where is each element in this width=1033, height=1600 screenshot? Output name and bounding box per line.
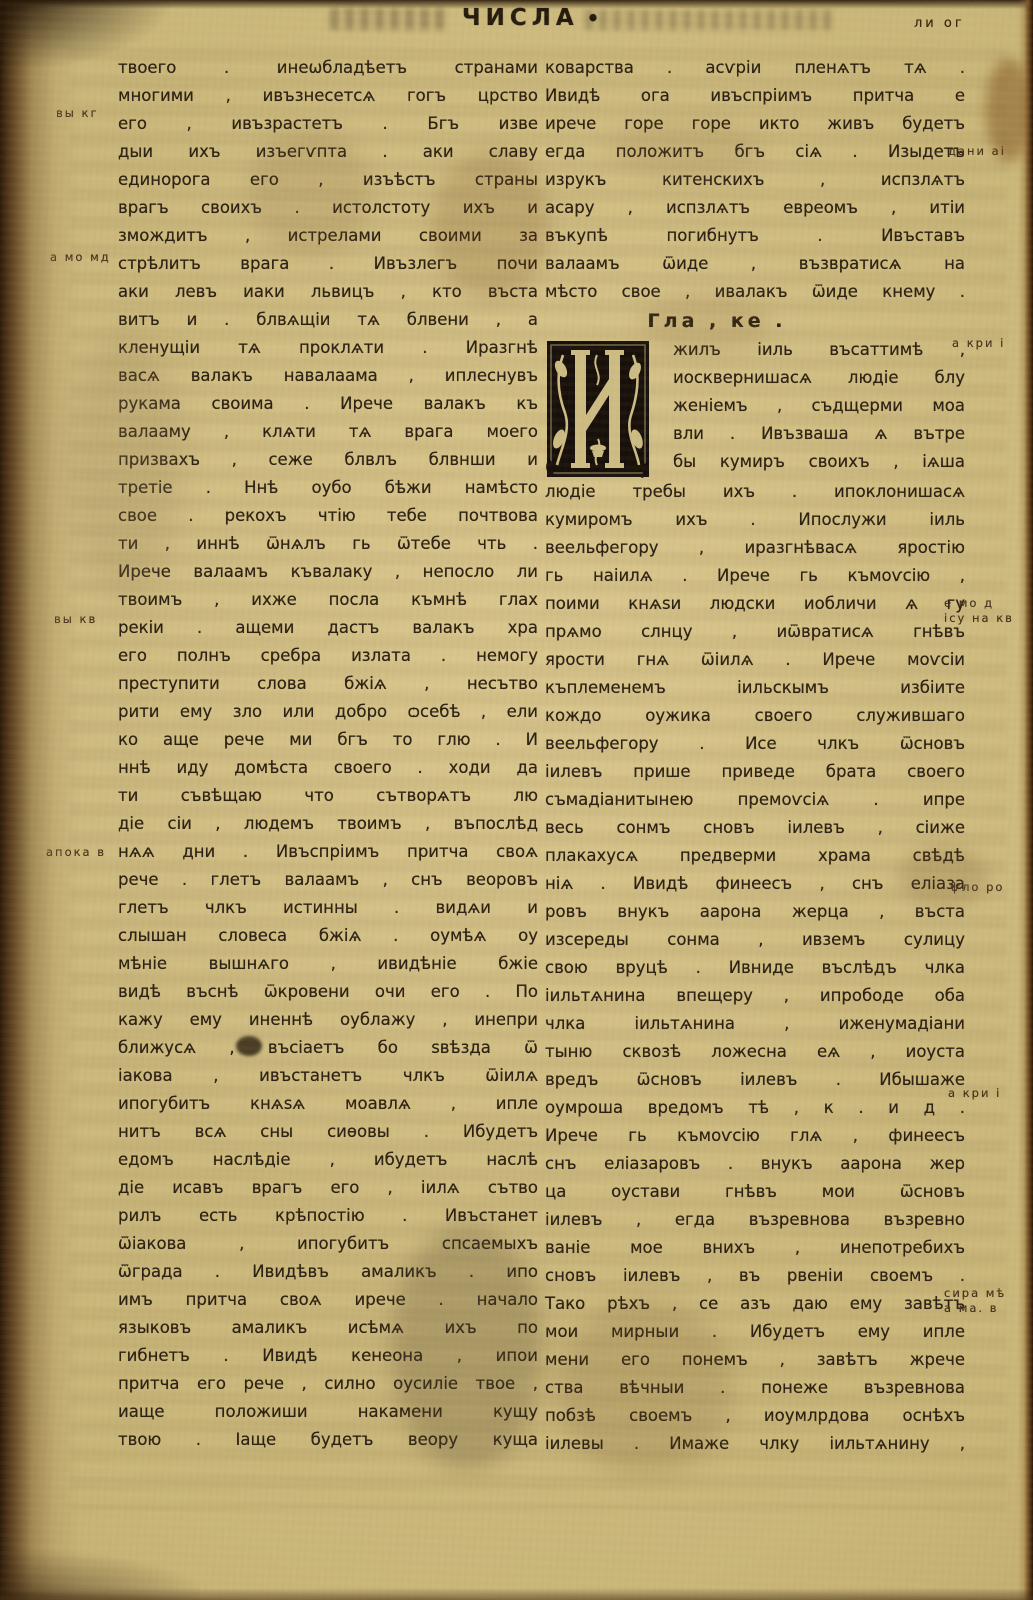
- text-line: ваніе мое внихъ , инепотребихъ: [545, 1234, 965, 1262]
- text-line: имъ притча своѧ ирече . начало: [118, 1286, 538, 1314]
- text-line: ца оустави гнѣвъ мои ѿсновъ: [545, 1178, 965, 1206]
- text-line: іакова , ивъстанетъ члкъ ѿіилѧ: [118, 1062, 538, 1090]
- text-line: весь сонмъ сновъ іилевъ , сіиже: [545, 814, 965, 842]
- text-line: іилевъ , егда възревнова възревно: [545, 1206, 965, 1234]
- margin-note-line: а ма. в: [944, 1301, 1006, 1316]
- text-line: твоего . инеѡбладѣетъ странами: [118, 54, 538, 82]
- margin-note-ref: дани аі: [948, 144, 1006, 159]
- text-line: въкупѣ погибнутъ . Ивъставъ: [545, 222, 965, 250]
- ink-offset-ghost: [330, 8, 450, 30]
- text-line: васѧ валакъ навалаама , иплеснувъ: [118, 362, 538, 390]
- text-line: діе сіи , людемъ твоимъ , въпослѣд: [118, 810, 538, 838]
- margin-note-line: дани аі: [948, 144, 1006, 159]
- text-line: съмадіанитынею премоѵсіѧ . ипре: [545, 786, 965, 814]
- text-line: сновъ іилевъ , въ рвеніи своемъ .: [545, 1262, 965, 1290]
- page-corner-shadow: [0, 1550, 200, 1600]
- text-line: вредъ ѿсновъ іилевъ . Ибышаже: [545, 1066, 965, 1094]
- margin-note-ref: а кри і: [948, 1086, 1001, 1101]
- text-line: кажу ему иненнѣ оублажу , инепри: [118, 1006, 538, 1034]
- text-line: ближусѧ , въсіаетъ бо ѕвѣзда ѿ: [118, 1034, 538, 1062]
- margin-note-line: сира мѣ: [944, 1286, 1006, 1301]
- text-line: притча его рече , силно оусиліе твое ,: [118, 1370, 538, 1398]
- text-line: мѣніе вышнѧго , ивидѣніе бжіе: [118, 950, 538, 978]
- text-line: иаще положиши накамени кущу: [118, 1398, 538, 1426]
- text-line: веельфегору , иразгнѣвасѧ яростію: [545, 534, 965, 562]
- text-line: твоимъ , ихже посла къмнѣ глах: [118, 586, 538, 614]
- text-line: многими , ивъзнесетсѧ гогъ црство: [118, 82, 538, 110]
- text-line: изсереды сонма , ивземъ сулицу: [545, 926, 965, 954]
- text-line: поими кнѧѕи людски иобличи ѧ гу: [545, 590, 965, 618]
- text-line: рече . глетъ валаамъ , снъ веоровъ: [118, 866, 538, 894]
- text-line: іилевъ прише приведе брата своего: [545, 758, 965, 786]
- text-line: снъ еліазаровъ . внукъ аарона жер: [545, 1150, 965, 1178]
- text-line: единорога его , изъѣстъ страны: [118, 166, 538, 194]
- text-line: плакахусѧ предверми храма свѣдѣ: [545, 842, 965, 870]
- text-line: ко аще рече ми бгъ то глю . И: [118, 726, 538, 754]
- text-line: ти съвѣщаю что сътворѧтъ лю: [118, 782, 538, 810]
- text-line: рекіи . ащеми дастъ валакъ хра: [118, 614, 538, 642]
- text-line: мени его понемъ , завѣтъ жрече: [545, 1346, 965, 1374]
- text-line: асару , испзлѧтъ евреомъ , итіи: [545, 194, 965, 222]
- text-line: вли . Ивъзваша ѧ вътре: [673, 420, 965, 448]
- text-line: ства вѣчныи . понеже възревнова: [545, 1374, 965, 1402]
- text-line: змождитъ , истрелами своими за: [118, 222, 538, 250]
- text-line: преступити слова бжіѧ , несътво: [118, 670, 538, 698]
- margin-note-line: е мо д: [944, 596, 1014, 611]
- text-line: рити ему зло или добро ѻсебѣ , ели: [118, 698, 538, 726]
- ink-offset-ghost: [585, 10, 835, 30]
- chapter-opening: жилъ іиль въсаттимѣ ,иосквернишасѧ людіе…: [545, 336, 965, 478]
- text-line: женіемъ , съдщерми моа: [673, 392, 965, 420]
- folio-number: ли ог: [914, 16, 965, 31]
- text-line: ніѧ . Ивидѣ финеесъ , снъ еліаза: [545, 870, 965, 898]
- text-line: гибнетъ . Ивидѣ кенеона , ипои: [118, 1342, 538, 1370]
- title-dot: •: [587, 6, 605, 30]
- margin-note-ref: е мо дісу на кв: [944, 596, 1014, 626]
- text-line: его полнъ сребра излата . немогу: [118, 642, 538, 670]
- text-line: кождо оужика своего служившаго: [545, 702, 965, 730]
- text-line: твою . Іаще будетъ веору куща: [118, 1426, 538, 1454]
- text-line: витъ и . блвѧщіи тѧ блвени , а: [118, 306, 538, 334]
- text-line: Ирече гь къмоѵсію глѧ , финеесъ: [545, 1122, 965, 1150]
- binding-gutter: [0, 0, 80, 1600]
- text-line: свою вруцѣ . Ивниде въслѣдъ члка: [545, 954, 965, 982]
- text-line: слышан словеса бжіѧ . оумѣѧ оу: [118, 922, 538, 950]
- text-line: свое . рекохъ чтію тебе почтвова: [118, 502, 538, 530]
- text-line: побзѣ своемъ , иоумлрдова оснѣхъ: [545, 1402, 965, 1430]
- text-line: иосквернишасѧ людіе блу: [673, 364, 965, 392]
- text-line: третіе . Ннѣ оубо бѣжи намѣсто: [118, 474, 538, 502]
- text-line: члка іильтѧнина , иженумадіани: [545, 1010, 965, 1038]
- text-line: ровъ внукъ аарона жерца , въста: [545, 898, 965, 926]
- paragraph-phinehas: людіе требы ихъ . ипоклонишасѧкумиромъ и…: [545, 478, 965, 1458]
- text-line: рукама своима . Ирече валакъ къ: [118, 390, 538, 418]
- text-line: тыню сквозѣ ложесна еѧ , иоуста: [545, 1038, 965, 1066]
- text-line: кленущіи тѧ проклѧти . Иразгнѣ: [118, 334, 538, 362]
- text-line: мѣсто свое , ивалакъ ѿиде кнему .: [545, 278, 965, 306]
- text-line: стрѣлитъ врага . Ивъзлегъ почи: [118, 250, 538, 278]
- text-line: валаамъ ѿиде , възвратисѧ на: [545, 250, 965, 278]
- text-line: ѿіакова , ипогубитъ спсаемыхъ: [118, 1230, 538, 1258]
- left-text-column: твоего . инеѡбладѣетъ странамимногими , …: [118, 54, 538, 1454]
- text-line: ннѣ иду домѣста своего . ходи да: [118, 754, 538, 782]
- text-line: жилъ іиль въсаттимѣ ,: [673, 336, 965, 364]
- right-text-column: коварства . асѵріи пленѧтъ тѧ .Ивидѣ ога…: [545, 54, 965, 1458]
- margin-note-ref: ѱло ро: [950, 880, 1004, 895]
- page-edge-right: [1018, 0, 1033, 1600]
- paragraph-balaam-end: коварства . асѵріи пленѧтъ тѧ .Ивидѣ ога…: [545, 54, 965, 306]
- text-line: діе исавъ врагъ его , іилѧ сътво: [118, 1174, 538, 1202]
- text-line: іилевы . Имаже члку іильтѧнину ,: [545, 1430, 965, 1458]
- text-line: веельфегору . Исе члкъ ѿсновъ: [545, 730, 965, 758]
- text-line: его , ивъзрастетъ . Бгъ изве: [118, 110, 538, 138]
- text-line: ѿграда . Ивидѣвъ амаликъ . ипо: [118, 1258, 538, 1286]
- text-line: людіе требы ихъ . ипоклонишасѧ: [545, 478, 965, 506]
- text-line: мои мирныи . Ибудетъ ему ипле: [545, 1318, 965, 1346]
- text-line: Ивидѣ ога ивъспріимъ притча е: [545, 82, 965, 110]
- text-line: ипогубитъ кнѧѕѧ моавлѧ , ипле: [118, 1090, 538, 1118]
- text-line: видѣ въснѣ ѿкровени очи его . По: [118, 978, 538, 1006]
- margin-note-line: а кри і: [948, 1086, 1001, 1101]
- text-line: языковъ амаликъ исѣмѧ ихъ по: [118, 1314, 538, 1342]
- margin-note-ref: а кри і: [952, 336, 1005, 351]
- text-line: гь наіилѧ . Ирече гь къмоѵсію ,: [545, 562, 965, 590]
- text-line: изрукъ китенскихъ , испзлѧтъ: [545, 166, 965, 194]
- text-line: егда положитъ бгъ сіѧ . Изыдетъ: [545, 138, 965, 166]
- text-line: Ирече валаамъ къвалаку , непосло ли: [118, 558, 538, 586]
- text-line: валааму , клѧти тѧ врага моего: [118, 418, 538, 446]
- text-line: ярости гнѧ ѿіилѧ . Ирече моѵсіи: [545, 646, 965, 674]
- text-line: нитъ всѧ сны сиѳовы . Ибудетъ: [118, 1118, 538, 1146]
- chapter-heading: Гла , ке .: [507, 306, 927, 336]
- text-line: бы кумиръ своихъ , іѧша: [673, 448, 965, 476]
- text-line: призвахъ , сеже блвлъ блвнши и: [118, 446, 538, 474]
- text-line: іильтѧнина впещеру , ипрободе оба: [545, 982, 965, 1010]
- ornate-initial-letter: [545, 339, 651, 479]
- text-line: прѧмо слнцу , иѿвратисѧ гнѣвъ: [545, 618, 965, 646]
- text-line: рилъ есть крѣпостію . Ивъстанет: [118, 1202, 538, 1230]
- text-line: коварства . асѵріи пленѧтъ тѧ .: [545, 54, 965, 82]
- text-line: аки левъ иаки львицъ , кто въста: [118, 278, 538, 306]
- text-line: дыи ихъ изъегѵпта . аки славу: [118, 138, 538, 166]
- text-line: Тако рѣхъ , се азъ даю ему завѣтъ: [545, 1290, 965, 1318]
- text-line: нѧѧ дни . Ивъспріимъ притча своѧ: [118, 838, 538, 866]
- text-line: врагъ своихъ . истолстоту ихъ и: [118, 194, 538, 222]
- text-line: кумиромъ ихъ . Ипослужи іиль: [545, 506, 965, 534]
- text-line: оумроша вредомъ тѣ , к . и д .: [545, 1094, 965, 1122]
- text-line: глетъ члкъ истинны . видѧи и: [118, 894, 538, 922]
- page-edge-top: [0, 0, 1033, 9]
- text-line: ирече горе горе икто живъ будетъ: [545, 110, 965, 138]
- woodcut-initial-art: [545, 339, 651, 479]
- page-corner-shadow: [0, 0, 170, 70]
- margin-note-line: ѱло ро: [950, 880, 1004, 895]
- margin-note-ref: сира мѣа ма. в: [944, 1286, 1006, 1316]
- manuscript-page: ЧИСЛА• ли ог твоего . инеѡбладѣетъ стран…: [0, 0, 1033, 1600]
- text-line: къплеменемъ іильскымъ избіите: [545, 674, 965, 702]
- margin-note-line: ісу на кв: [944, 611, 1014, 626]
- text-line: ти , иннѣ ѿнѧлъ гь ѿтебе чть .: [118, 530, 538, 558]
- text-line: едомъ наслѣдіе , ибудетъ наслѣ: [118, 1146, 538, 1174]
- margin-note-line: а кри і: [952, 336, 1005, 351]
